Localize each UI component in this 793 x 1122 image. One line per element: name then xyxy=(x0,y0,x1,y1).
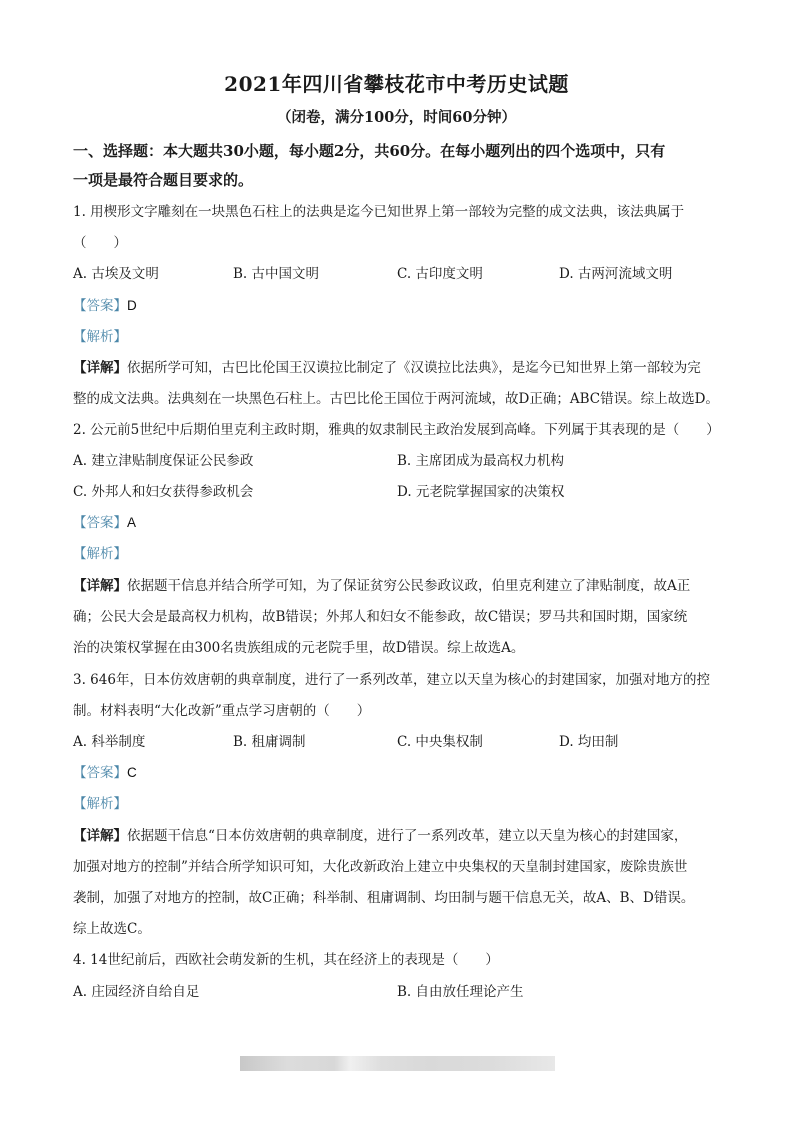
analysis-label: 【解析】 xyxy=(73,544,127,564)
option-d: D. 元老院掌握国家的决策权 xyxy=(397,482,564,502)
detail-line: 整的成文法典。法典刻在一块黑色石柱上。古巴比伦王国位于两河流域，故D正确；ABC… xyxy=(73,389,719,409)
page-title: 2021年四川省攀枝花市中考历史试题 xyxy=(0,68,793,97)
answer-row: 【答案】A xyxy=(73,513,136,533)
question-stem: 制。材料表明“大化改新”重点学习唐朝的（ ） xyxy=(73,701,370,721)
option-d: D. 古两河流域文明 xyxy=(559,264,672,284)
option-a: A. 科举制度 xyxy=(73,732,145,752)
option-d: D. 均田制 xyxy=(559,732,618,752)
detail-label: 【详解】 xyxy=(73,360,127,376)
answer-label: 【答案】 xyxy=(73,765,127,781)
detail-text: 依据题干信息并结合所学可知，为了保证贫穷公民参政议政，伯里克利建立了津贴制度，故… xyxy=(127,578,690,594)
analysis-label: 【解析】 xyxy=(73,794,127,814)
answer-value: A xyxy=(127,515,136,530)
question-stem: 1. 用楔形文字雕刻在一块黑色石柱上的法典是迄今已知世界上第一部较为完整的成文法… xyxy=(73,202,684,222)
detail-line: 治的决策权掌握在由300名贵族组成的元老院手里，故D错误。综上故选A。 xyxy=(73,638,524,658)
section-heading: 一、选择题：本大题共30小题，每小题2分，共60分。在每小题列出的四个选项中，只… xyxy=(73,137,733,195)
exam-page: 2021年四川省攀枝花市中考历史试题 （闭卷，满分100分，时间60分钟） 一、… xyxy=(0,0,793,1122)
answer-label: 【答案】 xyxy=(73,515,127,531)
detail-text: 依据题干信息“日本仿效唐朝的典章制度，进行了一系列改革，建立以天皇为核心的封建国… xyxy=(127,828,687,844)
blurred-footer-watermark xyxy=(240,1056,555,1071)
option-b: B. 古中国文明 xyxy=(233,264,319,284)
question-stem: 4. 14世纪前后，西欧社会萌发新的生机，其在经济上的表现是（ ） xyxy=(73,950,499,970)
detail-line: 加强对地方的控制”并结合所学知识可知，大化改新政治上建立中央集权的天皇制封建国家… xyxy=(73,857,687,877)
detail-line: 【详解】依据所学可知，古巴比伦国王汉谟拉比制定了《汉谟拉比法典》，是迄今已知世界… xyxy=(73,358,701,378)
question-stem: （ ） xyxy=(73,233,127,253)
detail-line: 综上故选C。 xyxy=(73,919,151,939)
detail-line: 【详解】依据题干信息“日本仿效唐朝的典章制度，进行了一系列改革，建立以天皇为核心… xyxy=(73,826,687,846)
option-c: C. 古印度文明 xyxy=(397,264,483,284)
page-subtitle: （闭卷，满分100分，时间60分钟） xyxy=(0,106,793,127)
detail-text: 依据所学可知，古巴比伦国王汉谟拉比制定了《汉谟拉比法典》，是迄今已知世界上第一部… xyxy=(127,360,701,376)
detail-line: 【详解】依据题干信息并结合所学可知，为了保证贫穷公民参政议政，伯里克利建立了津贴… xyxy=(73,576,690,596)
question-stem: 3. 646年，日本仿效唐朝的典章制度，进行了一系列改革，建立以天皇为核心的封建… xyxy=(73,670,710,690)
answer-row: 【答案】C xyxy=(73,763,137,783)
option-a: A. 古埃及文明 xyxy=(73,264,159,284)
detail-line: 袭制，加强了对地方的控制，故C正确；科举制、租庸调制、均田制与题干信息无关，故A… xyxy=(73,888,694,908)
answer-label: 【答案】 xyxy=(73,298,127,314)
question-stem: 2. 公元前5世纪中后期伯里克利主政时期，雅典的奴隶制民主政治发展到高峰。下列属… xyxy=(73,420,720,440)
answer-value: C xyxy=(127,765,137,780)
detail-label: 【详解】 xyxy=(73,578,127,594)
option-b: B. 主席团成为最高权力机构 xyxy=(397,451,564,471)
section-heading-line2: 一项是最符合题目要求的。 xyxy=(73,166,733,195)
option-c: C. 外邦人和妇女获得参政机会 xyxy=(73,482,253,502)
answer-row: 【答案】D xyxy=(73,296,137,316)
detail-label: 【详解】 xyxy=(73,828,127,844)
option-a: A. 建立津贴制度保证公民参政 xyxy=(73,451,253,471)
option-a: A. 庄园经济自给自足 xyxy=(73,982,199,1002)
answer-value: D xyxy=(127,298,137,313)
detail-line: 确；公民大会是最高权力机构，故B错误；外邦人和妇女不能参政，故C错误；罗马共和国… xyxy=(73,607,687,627)
section-heading-line1: 一、选择题：本大题共30小题，每小题2分，共60分。在每小题列出的四个选项中，只… xyxy=(73,137,733,166)
analysis-label: 【解析】 xyxy=(73,327,127,347)
option-c: C. 中央集权制 xyxy=(397,732,483,752)
option-b: B. 自由放任理论产生 xyxy=(397,982,524,1002)
option-b: B. 租庸调制 xyxy=(233,732,306,752)
